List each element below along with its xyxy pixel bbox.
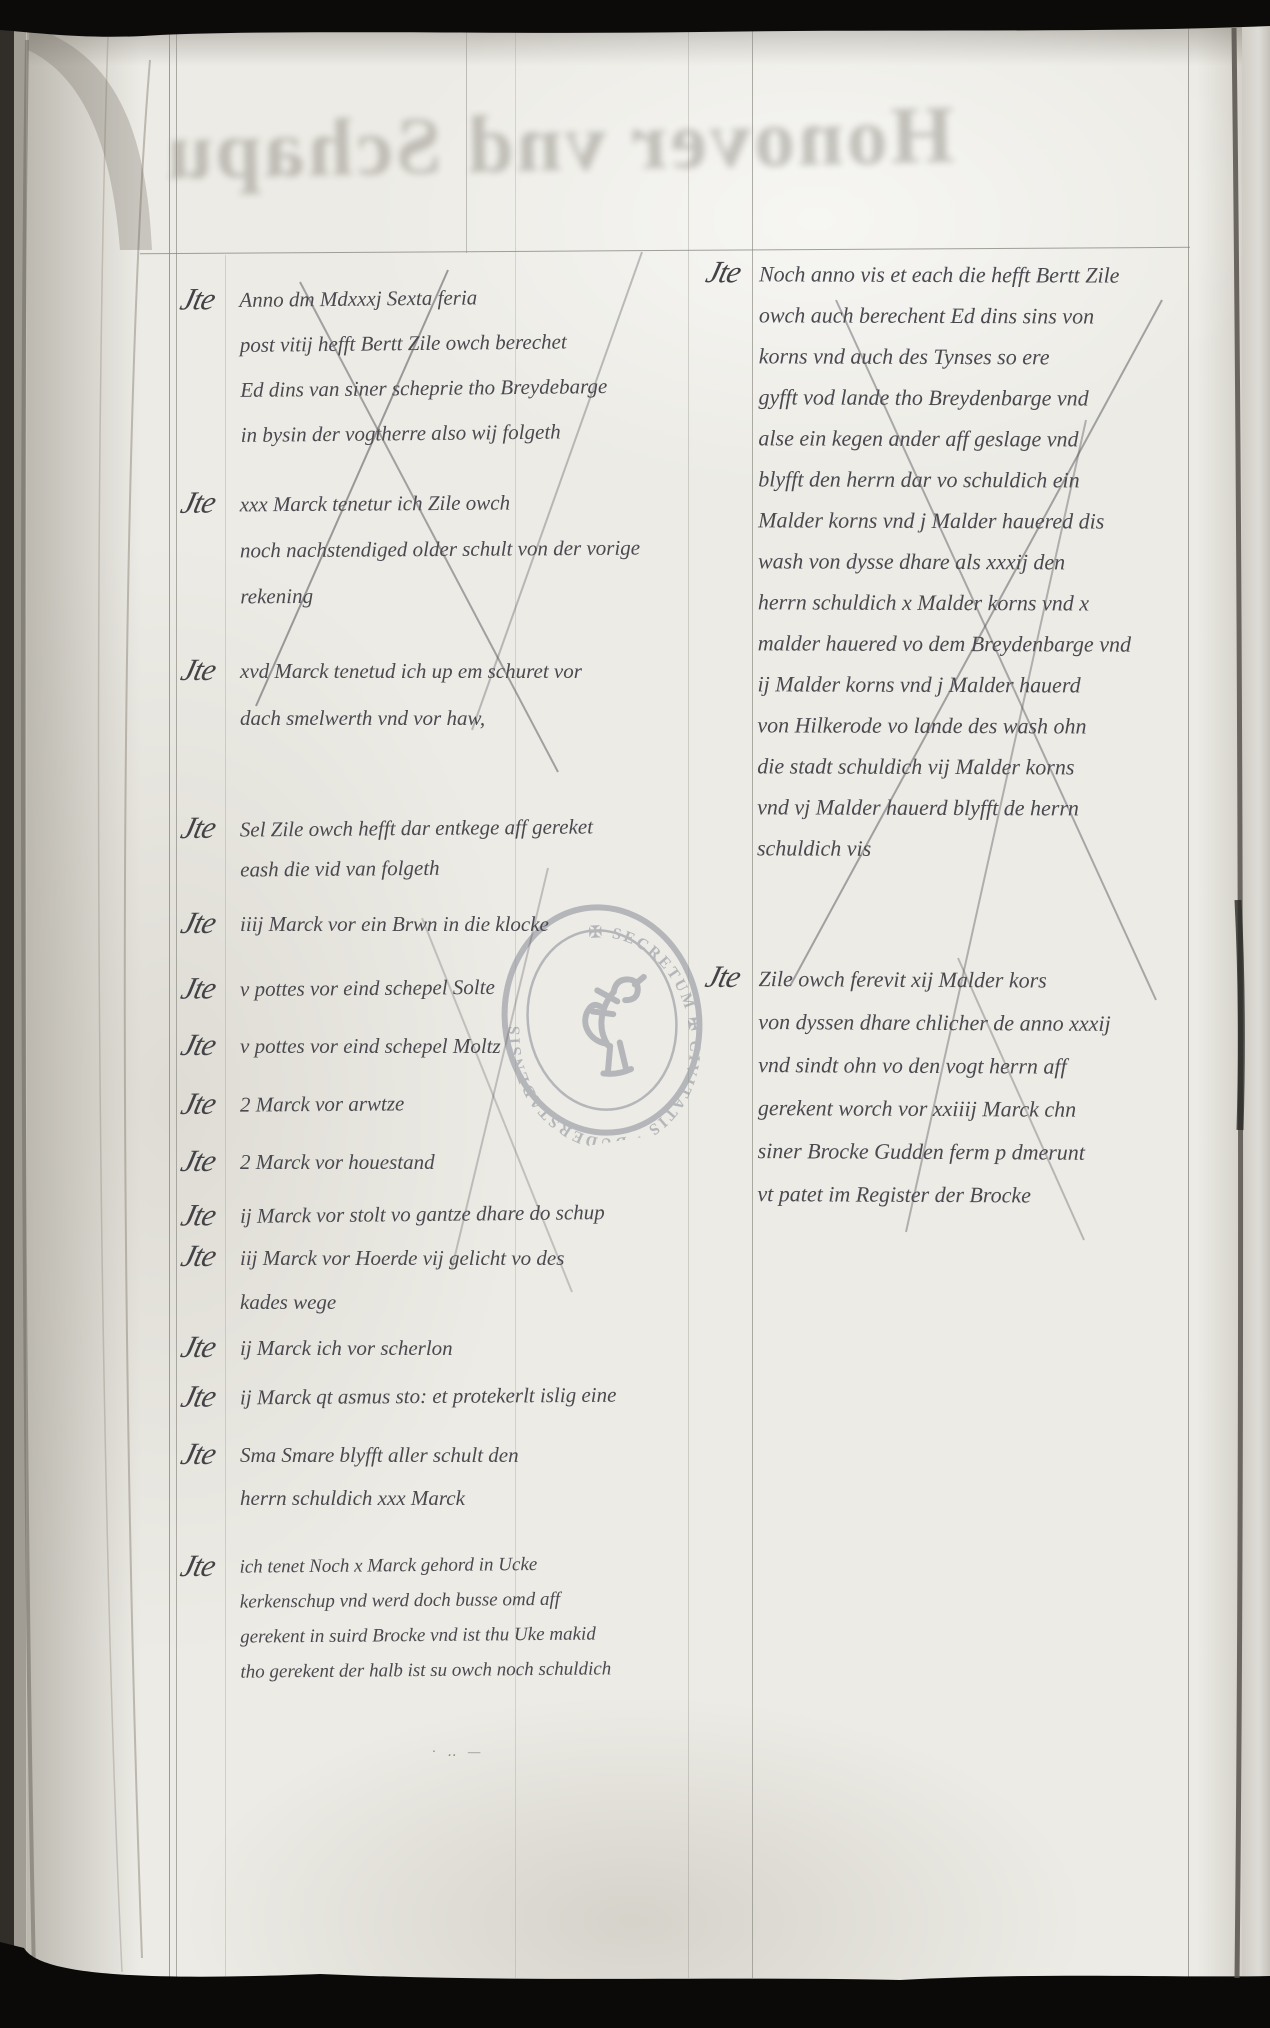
text-line: ij Marck ich vor scherlon — [240, 1326, 453, 1371]
text-line: gerekent worch vor xxiiij Marck chn — [758, 1086, 1111, 1131]
text-line: xvd Marck tenetud ich up em schuret vor — [240, 648, 582, 695]
entry-left-12: Jte ij Marck ich vor scherlon — [240, 1326, 453, 1371]
entry-left-1: Jte Anno dm Mdxxxj Sexta feria post viti… — [239, 274, 608, 458]
text-line: korns vnd auch des Tynses so ere — [759, 335, 1132, 377]
text-line: vnd vj Malder hauerd blyfft de herrn — [757, 786, 1130, 828]
text-line: schuldich vis — [757, 827, 1130, 869]
entry-left-8: Jte 2 Marck vor arwtze — [240, 1081, 405, 1127]
ruled-line-left-margin — [169, 28, 170, 1978]
entry-left-4: Jte Sel Zile owch hefft dar entkege aff … — [240, 806, 594, 889]
text-line: vnd sindt ohn vo den vogt herrn aff — [758, 1043, 1111, 1088]
gutter-shadow — [0, 24, 14, 1984]
text-line: noch nachstendiged older schult von der … — [240, 525, 640, 574]
text-line: alse ein kegen ander aff geslage vnd — [758, 417, 1131, 459]
underlying-page-edge — [1242, 24, 1270, 1980]
text-line: eash die vid van folgeth — [240, 846, 594, 889]
entry-left-11: Jte iij Marck vor Hoerde vij gelicht vo … — [240, 1236, 564, 1324]
text-line: Malder korns vnd j Malder hauered dis — [758, 499, 1131, 541]
entry-left-5: Jte iiij Marck vor ein Brwn in die klock… — [240, 902, 549, 947]
text-line: rekening — [240, 571, 640, 620]
manuscript-scan: Honover vnd Schapurn ✠ SECRETUM ✠ CIVITA… — [0, 0, 1270, 2028]
text-line: kades wege — [240, 1280, 564, 1324]
text-line: iiij Marck vor ein Brwn in die klocke — [240, 902, 549, 947]
entry-left-6: Jte v pottes vor eind schepel Solte — [240, 965, 495, 1012]
entry-right-2: Jte Zile owch ferevit xij Malder kors vo… — [757, 957, 1111, 1217]
text-line: von dyssen dhare chlicher de anno xxxij — [758, 1000, 1111, 1045]
text-line: die stadt schuldich vij Malder korns — [757, 745, 1130, 787]
text-line: von Hilkerode vo lande des wash ohn — [757, 704, 1130, 746]
entry-left-13: Jte ij Marck qt asmus sto: et protekerlt… — [240, 1373, 617, 1421]
text-line: Anno dm Mdxxxj Sexta feria — [239, 274, 606, 323]
text-line: Noch anno vis et each die hefft Bertt Zi… — [759, 253, 1132, 295]
entry-right-1: Jte Noch anno vis et each die hefft Bert… — [757, 253, 1132, 869]
text-line: 2 Marck vor houestand — [240, 1140, 435, 1185]
text-line: Ed dins van siner scheprie tho Breydebar… — [240, 364, 607, 413]
text-line: tho gerekent der halb ist su owch noch s… — [240, 1651, 611, 1689]
text-line: gyfft vod lande tho Breydenbarge vnd — [759, 376, 1132, 418]
text-line: gerekent in suird Brocke vnd ist thu Uke… — [240, 1616, 611, 1654]
text-line: siner Brocke Gudden ferm p dmerunt — [758, 1129, 1111, 1174]
seal-lion-rampant — [580, 977, 658, 1077]
text-line: v pottes vor eind schepel Moltz — [240, 1024, 501, 1069]
text-line: ich tenet Noch x Marck gehord in Ucke — [239, 1546, 610, 1584]
text-line: xxx Marck tenetur ich Zile owch — [240, 479, 640, 528]
bleedthrough-heading: Honover vnd Schapurn — [163, 88, 956, 265]
entry-left-2: Jte xxx Marck tenetur ich Zile owch noch… — [240, 479, 641, 620]
text-line: ij Marck vor stolt vo gantze dhare do sc… — [240, 1190, 605, 1239]
text-line: Sma Smare blyfft aller schult den — [240, 1434, 519, 1477]
ruled-line-right-inner — [752, 28, 753, 1978]
ruled-line-left-inner — [225, 255, 226, 1978]
text-line: vt patet im Register der Brocke — [757, 1172, 1110, 1217]
marginal-dotted-mark: · ‥ — — [432, 1744, 484, 1761]
text-line: Zile owch ferevit xij Malder kors — [758, 957, 1111, 1002]
entry-left-summary: Jte Sma Smare blyfft aller schult den he… — [240, 1434, 519, 1520]
text-line: ij Marck qt asmus sto: et protekerlt isl… — [240, 1373, 617, 1421]
text-line: post vitij hefft Bertt Zile owch bereche… — [240, 319, 607, 368]
entry-left-9: Jte 2 Marck vor houestand — [240, 1140, 435, 1185]
text-line: wash von dysse dhare als xxxij den — [758, 540, 1131, 582]
text-line: herrn schuldich x Malder korns vnd x — [758, 581, 1131, 623]
text-line: dach smelwerth vnd vor haw, — [240, 695, 582, 742]
text-line: malder hauered vo dem Breydenbarge vnd — [758, 622, 1131, 664]
text-line: iij Marck vor Hoerde vij gelicht vo des — [240, 1236, 564, 1280]
entry-left-3: Jte xvd Marck tenetud ich up em schuret … — [240, 648, 582, 742]
ruled-line-right-margin — [1188, 28, 1189, 1978]
entry-left-final: Jte ich tenet Noch x Marck gehord in Uck… — [239, 1546, 611, 1689]
entry-left-7: Jte v pottes vor eind schepel Moltz — [240, 1024, 501, 1069]
text-line: v pottes vor eind schepel Solte — [240, 965, 495, 1012]
entry-left-10: Jte ij Marck vor stolt vo gantze dhare d… — [240, 1190, 605, 1239]
text-line: owch auch berechent Ed dins sins von — [759, 294, 1132, 336]
text-line: blyfft den herrn dar vo schuldich ein — [758, 458, 1131, 500]
text-line: Sel Zile owch hefft dar entkege aff gere… — [240, 806, 594, 849]
text-line: herrn schuldich xxx Marck — [240, 1477, 519, 1520]
text-line: in bysin der vogtherre also wij folgeth — [240, 409, 607, 458]
text-line: 2 Marck vor arwtze — [240, 1081, 405, 1127]
text-line: ij Malder korns vnd j Malder hauerd — [758, 663, 1131, 705]
text-line: kerkenschup vnd werd doch busse omd aff — [240, 1581, 611, 1619]
